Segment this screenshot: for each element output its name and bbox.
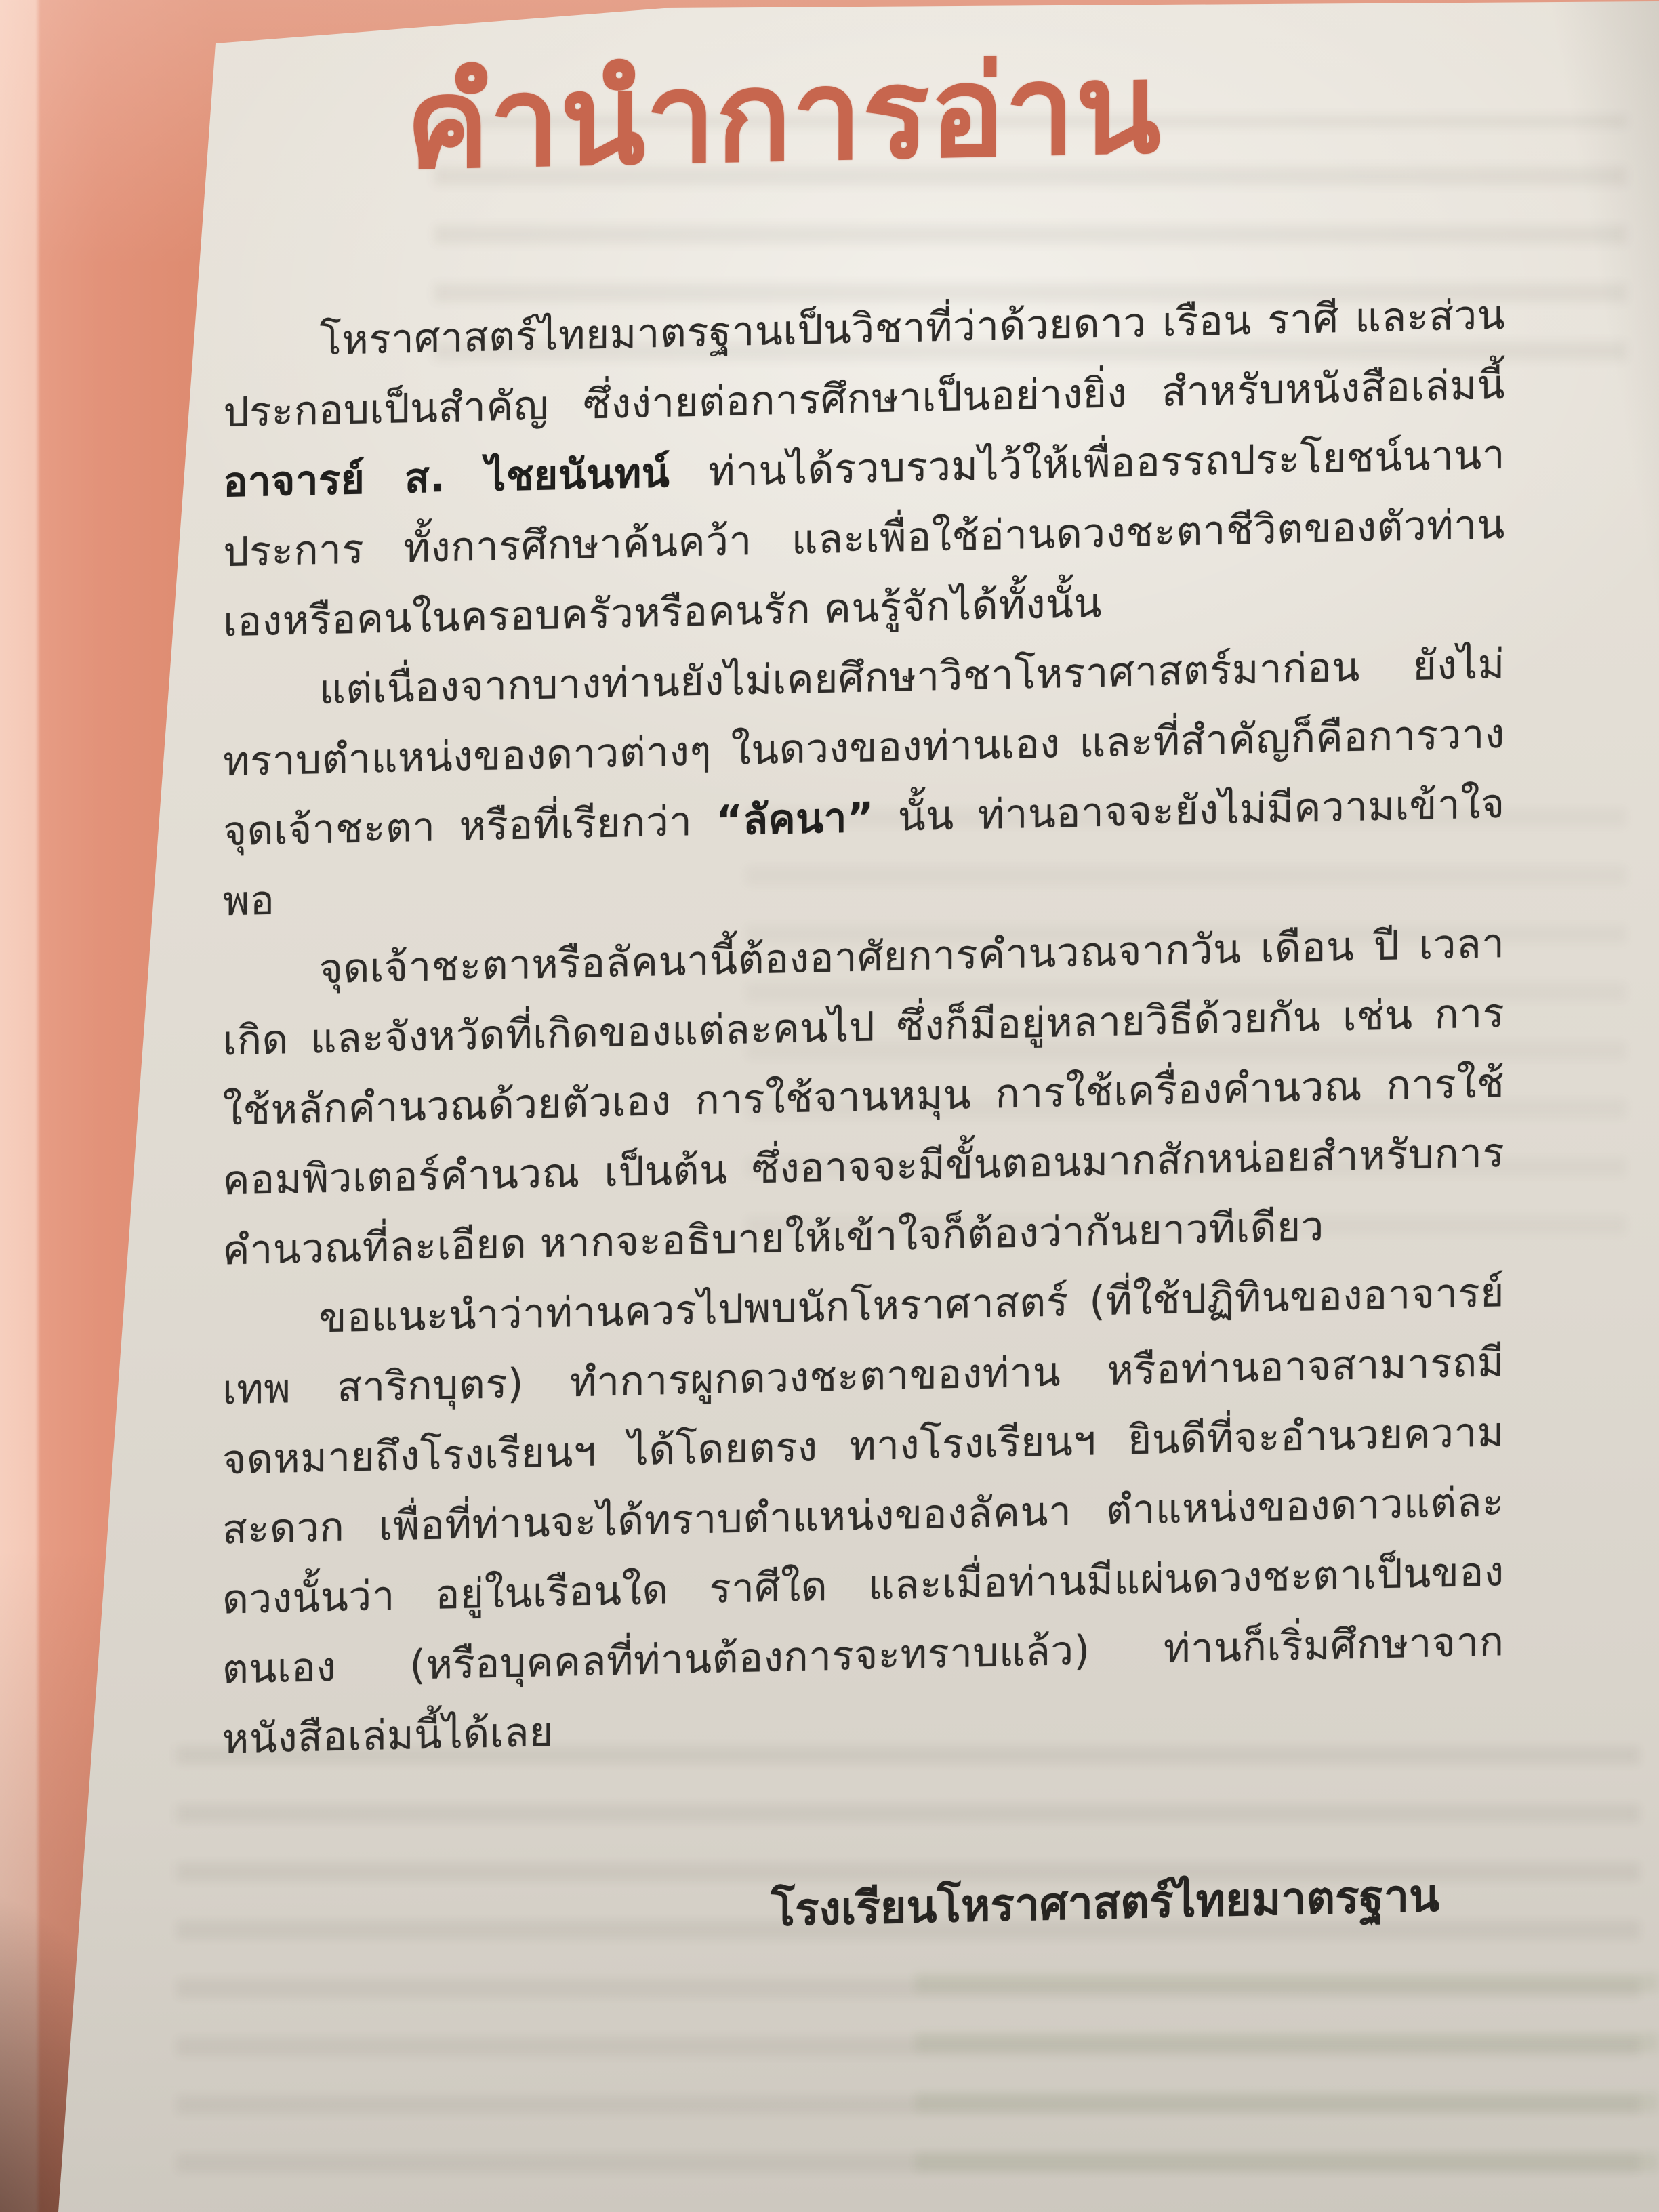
book-page: คำนำการอ่าน โหราศาสตร์ไทยมาตรฐานเป็นวิชา… xyxy=(0,0,1659,2212)
book-page-photo: คำนำการอ่าน โหราศาสตร์ไทยมาตรฐานเป็นวิชา… xyxy=(0,0,1659,2212)
printed-content: คำนำการอ่าน โหราศาสตร์ไทยมาตรฐานเป็นวิชา… xyxy=(222,22,1506,1958)
bold-text: อาจารย์ ส. ไชยนันทน์ xyxy=(223,449,670,506)
body-text: ขอแนะนำว่าท่านควรไปพบนักโหราศาสตร์ (ที่ใ… xyxy=(222,1269,1504,1763)
bold-text: “ลัคนา” xyxy=(716,794,874,845)
body-paragraphs: โหราศาสตร์ไทยมาตรฐานเป็นวิชาที่ว่าด้วยดา… xyxy=(222,281,1505,1775)
paragraph: แต่เนื่องจากบางท่านยังไม่เคยศึกษาวิชาโหร… xyxy=(223,630,1505,937)
body-text: จุดเจ้าชะตาหรือลัคนานี้ต้องอาศัยการคำนวณ… xyxy=(222,920,1504,1274)
page-title: คำนำการอ่าน xyxy=(142,24,1425,209)
paragraph: โหราศาสตร์ไทยมาตรฐานเป็นวิชาที่ว่าด้วยดา… xyxy=(223,281,1505,657)
paragraph: ขอแนะนำว่าท่านควรไปพบนักโหราศาสตร์ (ที่ใ… xyxy=(222,1258,1504,1774)
paragraph: จุดเจ้าชะตาหรือลัคนานี้ต้องอาศัยการคำนวณ… xyxy=(222,909,1504,1286)
body-text: โหราศาสตร์ไทยมาตรฐานเป็นวิชาที่ว่าด้วยดา… xyxy=(224,291,1506,436)
